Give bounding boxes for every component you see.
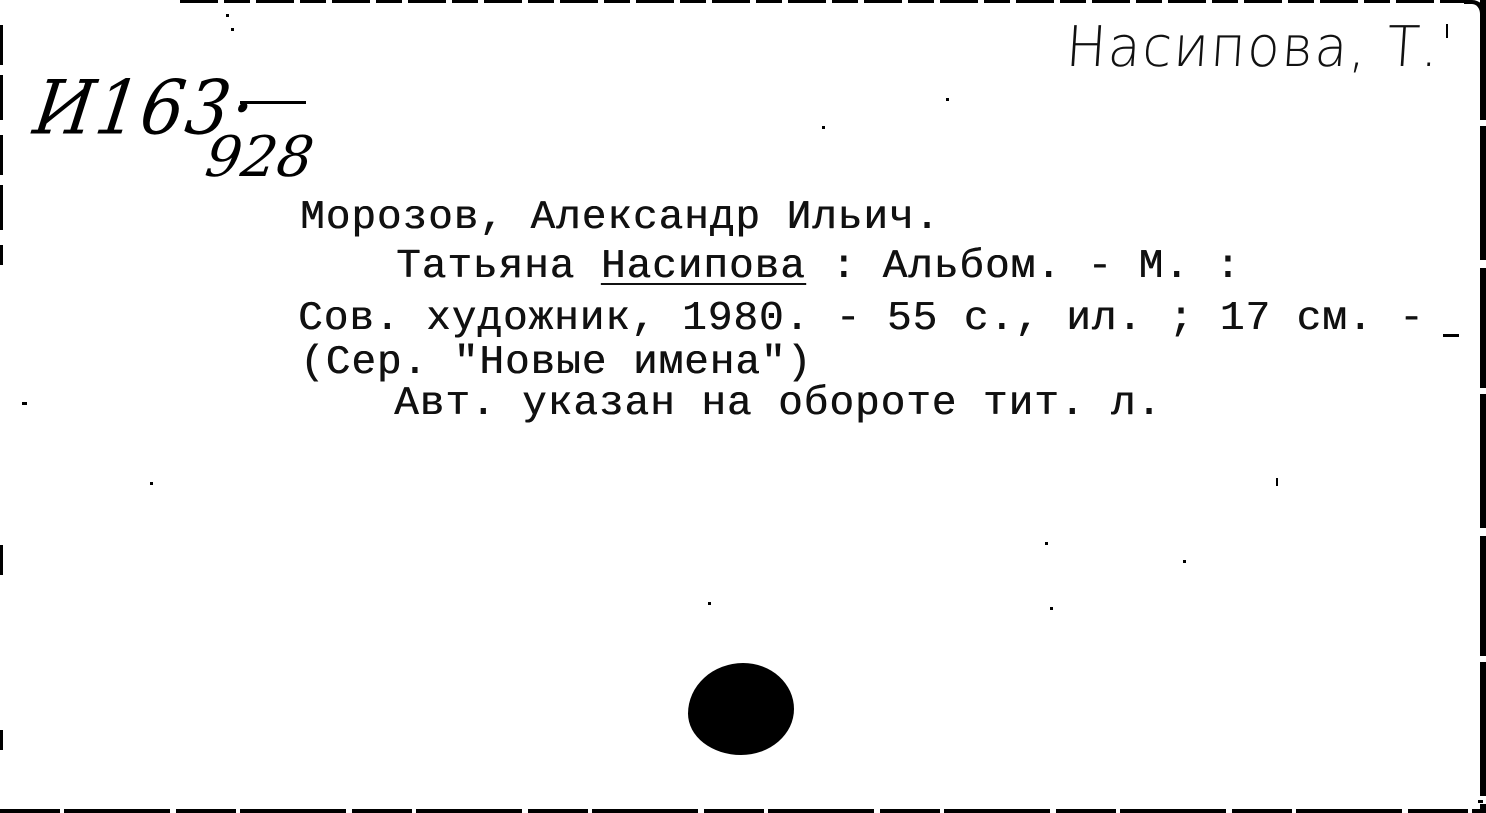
scan-speck <box>946 98 949 101</box>
card-edge-top <box>180 0 1470 3</box>
title-prefix: Татьяна <box>396 244 601 290</box>
scan-speck <box>1183 560 1186 563</box>
scan-speck <box>226 14 229 17</box>
scan-speck <box>1276 478 1278 486</box>
card-edge-right <box>1480 0 1486 813</box>
note-line: Авт. указан на обороте тит. л. <box>394 384 1162 425</box>
subject-heading: Насипова, Т. <box>1064 20 1442 76</box>
card-edge-left-mark <box>0 545 3 575</box>
call-number-fraction-bar <box>240 101 306 104</box>
series-line: (Сер. "Новые имена") <box>300 343 812 384</box>
scan-speck <box>708 602 711 605</box>
call-number-sub: 928 <box>202 130 317 186</box>
scan-speck <box>231 28 234 31</box>
scan-speck <box>1446 24 1448 38</box>
scan-speck <box>1443 334 1459 337</box>
scan-speck <box>22 402 27 405</box>
scan-speck <box>1045 542 1048 545</box>
scan-speck <box>150 482 153 485</box>
punch-hole <box>688 663 794 755</box>
card-edge-left-mark <box>0 730 3 750</box>
call-number-main-text: И163 <box>29 65 238 152</box>
title-suffix: : Альбом. - М. : <box>806 244 1241 290</box>
scan-speck <box>1050 607 1053 610</box>
scan-speck <box>1478 800 1483 803</box>
card-edge-left <box>0 25 3 265</box>
card-edge-bottom <box>0 809 1486 813</box>
publication-line: Сов. художник, 1980. - 55 с., ил. ; 17 с… <box>298 299 1425 340</box>
scan-speck <box>822 126 825 129</box>
title-subject-underlined: Насипова <box>601 244 806 290</box>
author-heading: Морозов, Александр Ильич. <box>300 198 940 239</box>
title-line: Татьяна Насипова : Альбом. - М. : <box>396 247 1241 288</box>
catalog-card: И163· 928 Насипова, Т. Морозов, Александ… <box>0 0 1486 813</box>
